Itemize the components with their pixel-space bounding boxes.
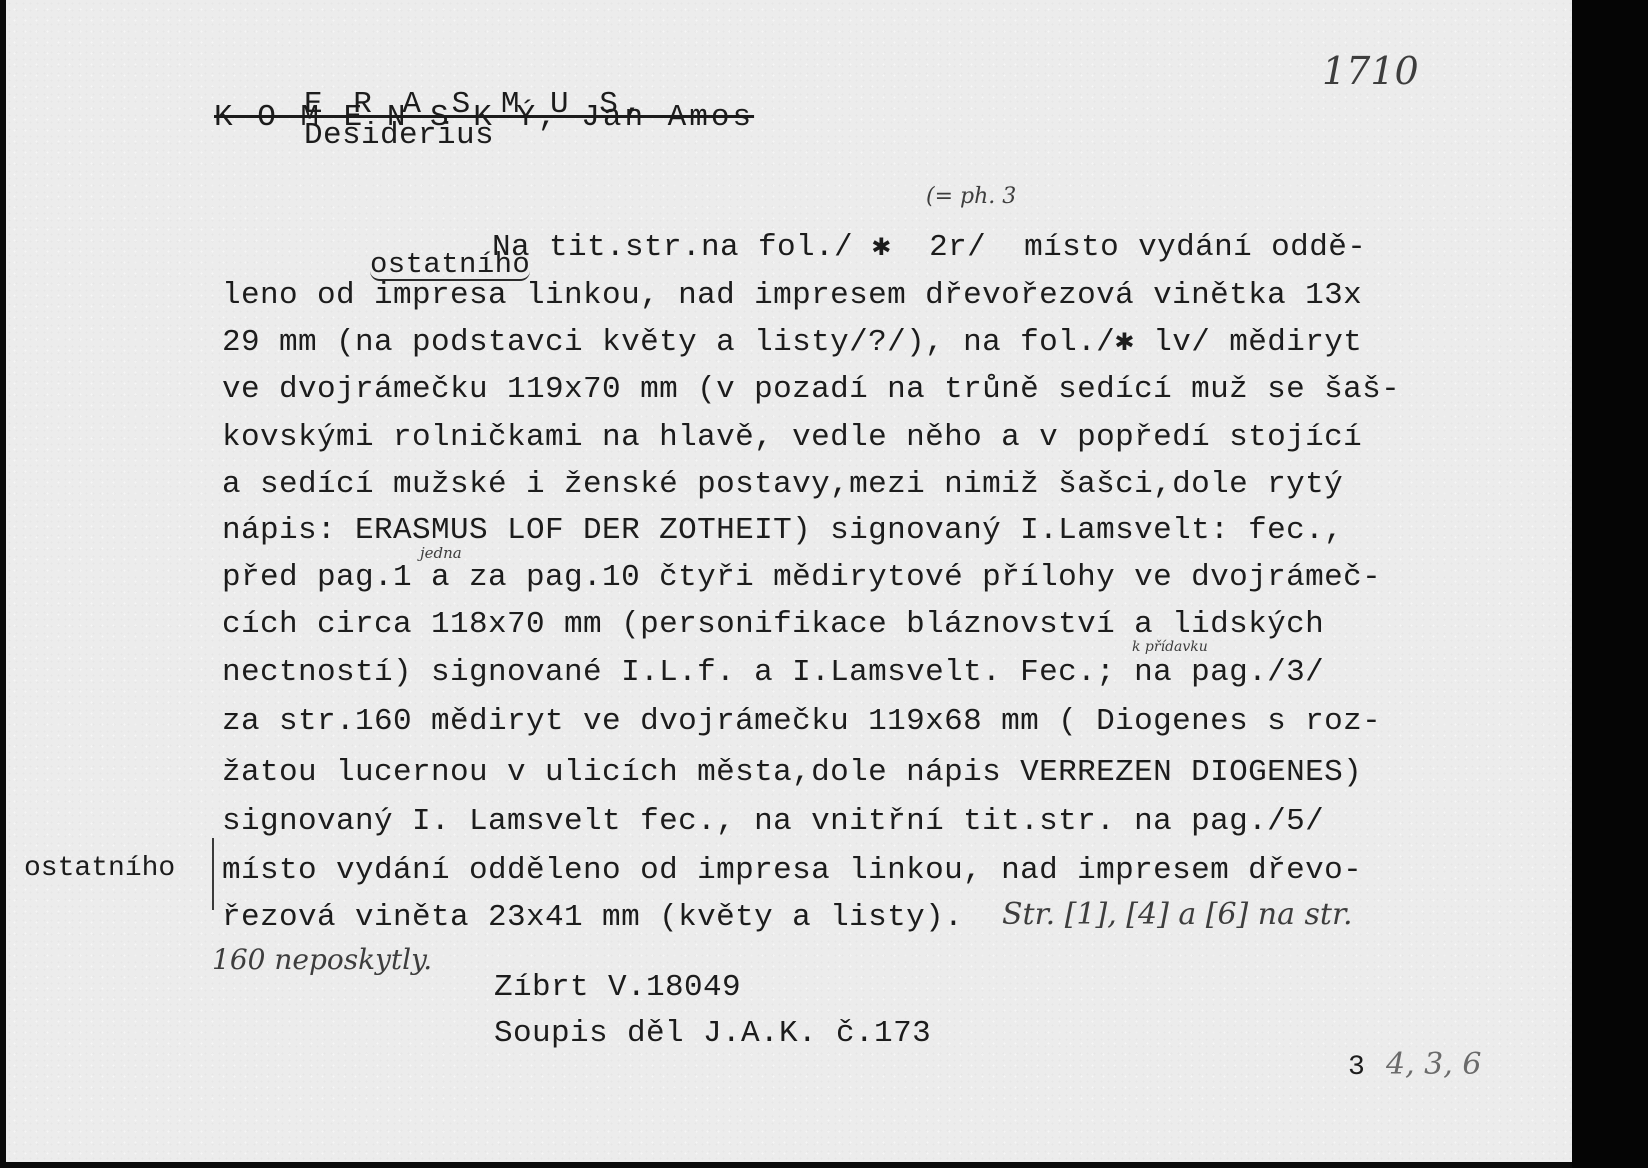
annotation-bottom-right: 4, 3, 6 — [1386, 1050, 1481, 1080]
catalog-card: E R A S M U S, Desiderius K O M E N S K … — [6, 0, 1572, 1162]
body-line-9: cích circa 118x70 mm (personifikace bláz… — [222, 609, 1324, 640]
struck-author-heading: K O M E N S K Ý, Jan Amos — [214, 102, 754, 133]
body-line-11: za str.160 mědiryt ve dvojrámečku 119x68… — [222, 706, 1381, 737]
body-line-5: kovskými rolničkami na hlavě, vedle něho… — [222, 422, 1362, 453]
body-line-12: žatou lucernou v ulicích města,dole nápi… — [222, 757, 1362, 788]
body-line-6: a sedící mužské i ženské postavy,mezi ni… — [222, 469, 1343, 500]
body-line-4: ve dvojrámečku 119x70 mm (v pozadí na tr… — [222, 374, 1400, 405]
body-line-8: před pag.1 a za pag.10 čtyři mědirytové … — [222, 562, 1381, 593]
body-line-15: řezová viněta 23x41 mm (květy a listy). — [222, 902, 963, 933]
margin-insert-ostatniho: ostatního — [24, 855, 175, 883]
annotation-160-neposkytly: 160 neposkytly. — [212, 946, 432, 974]
insert-bracket — [212, 838, 214, 910]
annotation-k-pridavku: k přídavku — [1132, 640, 1208, 654]
body-line-3: 29 mm (na podstavci květy a listy/?/), n… — [222, 327, 1362, 358]
body-line-2: leno od impresa linkou, nad impresem dře… — [222, 280, 1362, 311]
body-line-1: Na tit.str.na fol./ ✱ 2r/ místo vydání o… — [492, 232, 1366, 263]
annotation-jedna: jedna — [420, 546, 462, 561]
reference-soupis: Soupis děl J.A.K. č.173 — [494, 1018, 931, 1049]
card-page-number: 3 — [1348, 1054, 1365, 1082]
body-line-14: místo vydání odděleno od impresa linkou,… — [222, 855, 1362, 886]
reference-zibrt: Zíbrt V.18049 — [494, 972, 741, 1003]
annotation-str-note: Str. [1], [4] a [6] na str. — [1002, 900, 1353, 930]
body-line-7: nápis: ERASMUS LOF DER ZOTHEIT) signovan… — [222, 515, 1343, 546]
scan-border-right — [1572, 0, 1648, 1168]
body-line-13: signovaný I. Lamsvelt fec., na vnitřní t… — [222, 806, 1324, 837]
annotation-ph3: (= ph. 3 — [926, 186, 1016, 208]
body-line-10: nectností) signované I.L.f. a I.Lamsvelt… — [222, 657, 1324, 688]
catalog-number: 1710 — [1322, 52, 1419, 90]
